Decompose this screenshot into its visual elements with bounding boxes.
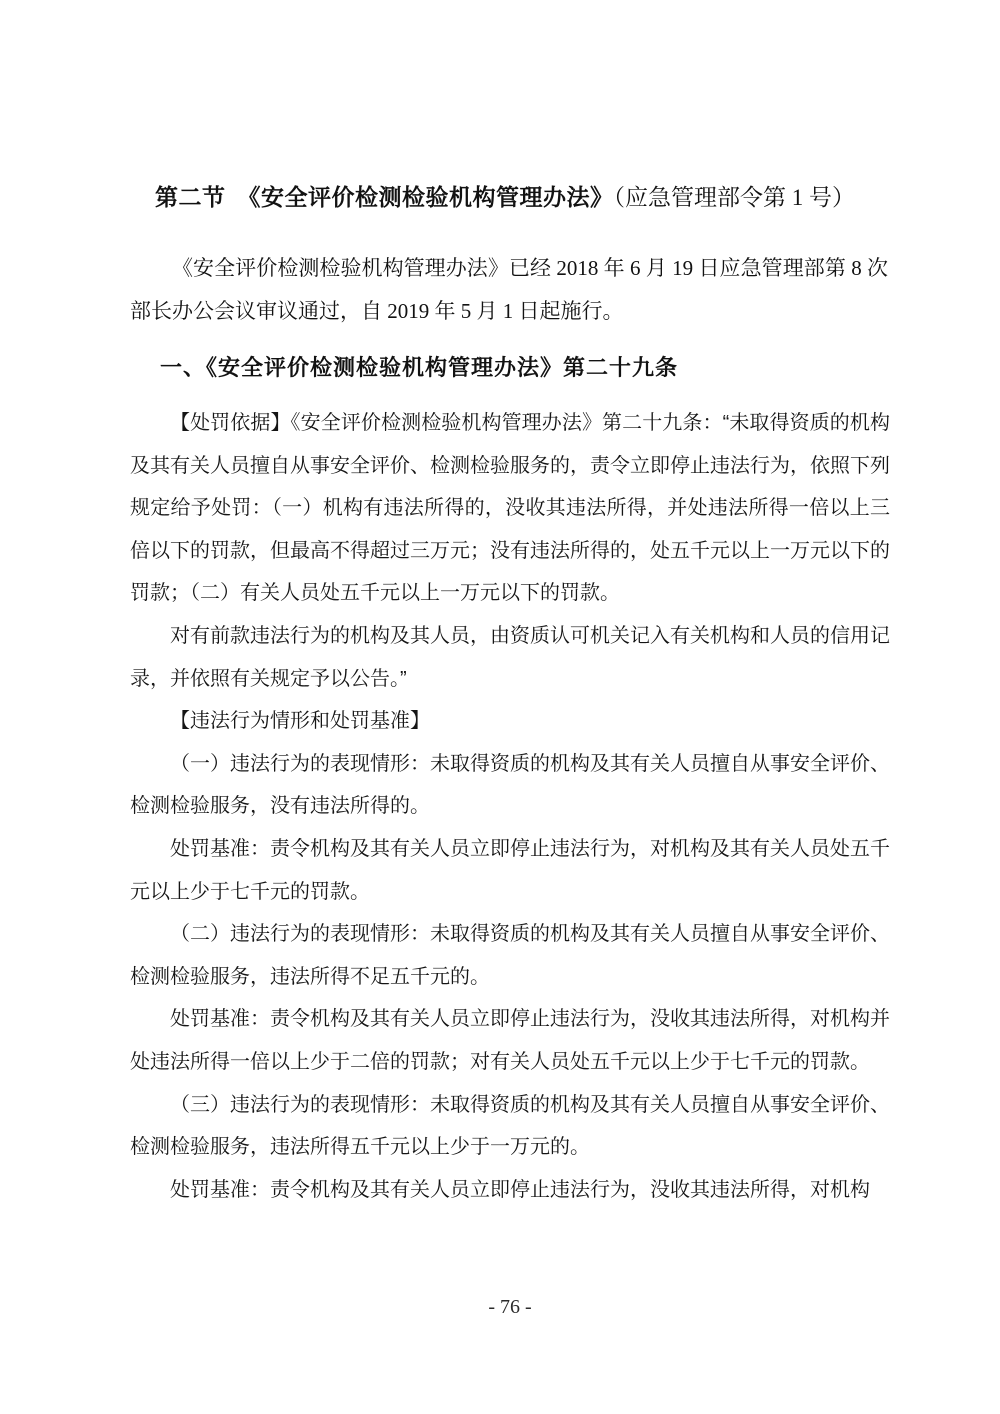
paragraph: （一）违法行为的表现情形：未取得资质的机构及其有关人员擅自从事安全评价、检测检验… [130,743,890,828]
intro-paragraph: 《安全评价检测检验机构管理办法》已经 2018 年 6 月 19 日应急管理部第… [130,247,888,333]
paragraph: 对有前款违法行为的机构及其人员，由资质认可机关记入有关机构和人员的信用记录，并依… [130,615,890,700]
document-page: 第二节 《安全评价检测检验机构管理办法》（应急管理部令第 1 号） 《安全评价检… [0,0,1000,1414]
paragraph: 【违法行为情形和处罚基准】 [130,700,890,743]
section-title: 第二节 《安全评价检测检验机构管理办法》（应急管理部令第 1 号） [120,180,890,215]
paragraph: 处罚基准：责令机构及其有关人员立即停止违法行为，没收其违法所得，对机构 [130,1169,890,1212]
paragraph: 处罚基准：责令机构及其有关人员立即停止违法行为，对机构及其有关人员处五千元以上少… [130,828,890,913]
paragraph: 处罚基准：责令机构及其有关人员立即停止违法行为，没收其违法所得，对机构并处违法所… [130,998,890,1083]
paragraph: 【处罚依据】《安全评价检测检验机构管理办法》第二十九条：“未取得资质的机构及其有… [130,402,890,615]
paragraph: （二）违法行为的表现情形：未取得资质的机构及其有关人员擅自从事安全评价、检测检验… [130,913,890,998]
body-paragraphs: 【处罚依据】《安全评价检测检验机构管理办法》第二十九条：“未取得资质的机构及其有… [130,402,890,1211]
page-number: - 76 - [0,1293,1000,1321]
section-title-annotation: （应急管理部令第 1 号） [614,185,856,210]
article-heading: 一、《安全评价检测检验机构管理办法》第二十九条 [130,351,888,385]
paragraph: （三）违法行为的表现情形：未取得资质的机构及其有关人员擅自从事安全评价、检测检验… [130,1084,890,1169]
section-title-main: 第二节 《安全评价检测检验机构管理办法》 [155,184,614,210]
